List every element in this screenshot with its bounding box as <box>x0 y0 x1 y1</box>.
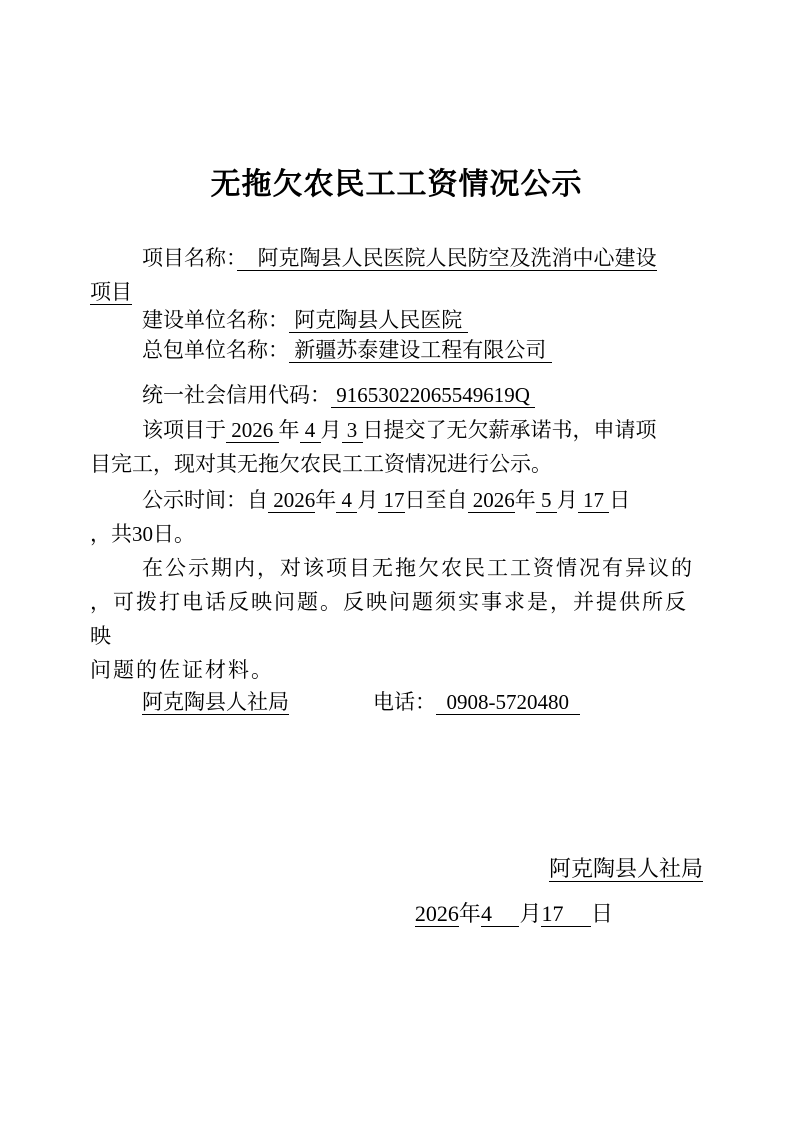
contact-line: 阿克陶县人社局 电话： 0908-5720480 <box>90 685 703 719</box>
agency-signature: 阿克陶县人社局 <box>90 852 703 886</box>
document-title: 无拖欠农民工工资情况公示 <box>90 165 703 205</box>
objection-paragraph: 在公示期内，对该项目无拖欠农民工工资情况有异议的，可拨打电话反映问题。反映问题须… <box>90 551 703 687</box>
project-name-line: 项目名称： 阿克陶县人民医院人民防空及洗消中心建设项目 <box>90 241 703 309</box>
signature-date: 2026年4 月17 日 <box>90 897 703 931</box>
commitment-paragraph: 该项目于 2026 年 4 月 3 日提交了无欠薪承诺书，申请项目完工，现对其无… <box>90 413 703 481</box>
notice-document: 无拖欠农民工工资情况公示 项目名称： 阿克陶县人民医院人民防空及洗消中心建设项目… <box>90 165 703 931</box>
contractor-unit-line: 总包单位名称： 新疆苏泰建设工程有限公司 <box>90 333 703 367</box>
publicity-period-paragraph: 公示时间：自 2026年 4 月 17日至自 2026年 5 月 17 日，共3… <box>90 483 703 551</box>
agency-signature-text: 阿克陶县人社局 <box>549 856 703 882</box>
credit-code-line: 统一社会信用代码： 91653022065549619Q <box>90 378 703 412</box>
construction-unit-line: 建设单位名称： 阿克陶县人民医院 <box>90 303 703 337</box>
